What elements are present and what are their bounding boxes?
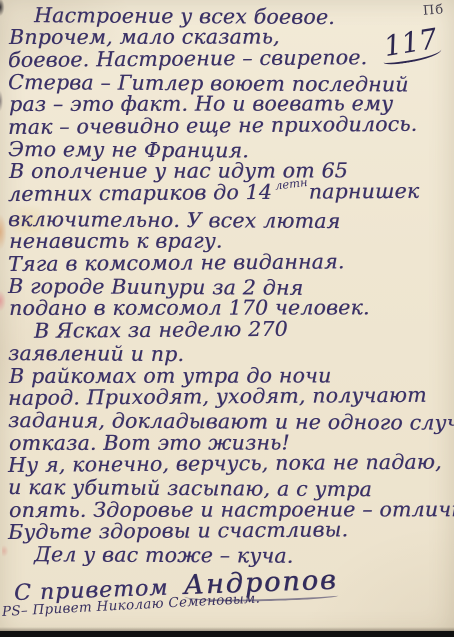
scan-smudge <box>0 88 6 114</box>
line-text: парнишек <box>309 179 420 204</box>
handwritten-line: Дел у вас тоже – куча. <box>8 543 448 568</box>
handwritten-line: народ. Приходят, уходят, получают <box>8 383 448 409</box>
handwritten-line: летних стариков до 14летнпарнишек <box>8 179 448 208</box>
inserted-word-above-line: летн <box>274 171 309 197</box>
handwritten-line: Будьте здоровы и счастливы. <box>8 517 448 543</box>
handwritten-line: Ну я, конечно, верчусь, пока не падаю, <box>8 450 448 476</box>
handwritten-line: боевое. Настроение – свирепое. <box>8 45 448 71</box>
line-text: летних стариков до 14 <box>8 180 272 206</box>
handwritten-line: В Ясках за неделю 270 <box>8 316 448 342</box>
letter-body: Настроение у всех боевое.Впрочем, мало с… <box>8 4 448 566</box>
handwritten-line: так – очевидно еще не приходилось. <box>8 112 448 138</box>
scan-edge-bar <box>0 631 454 637</box>
scanned-letter-page: Пб 117 Настроение у всех боевое.Впрочем,… <box>0 0 454 637</box>
handwritten-line: Тяга в комсомол не виданная. <box>8 249 448 275</box>
